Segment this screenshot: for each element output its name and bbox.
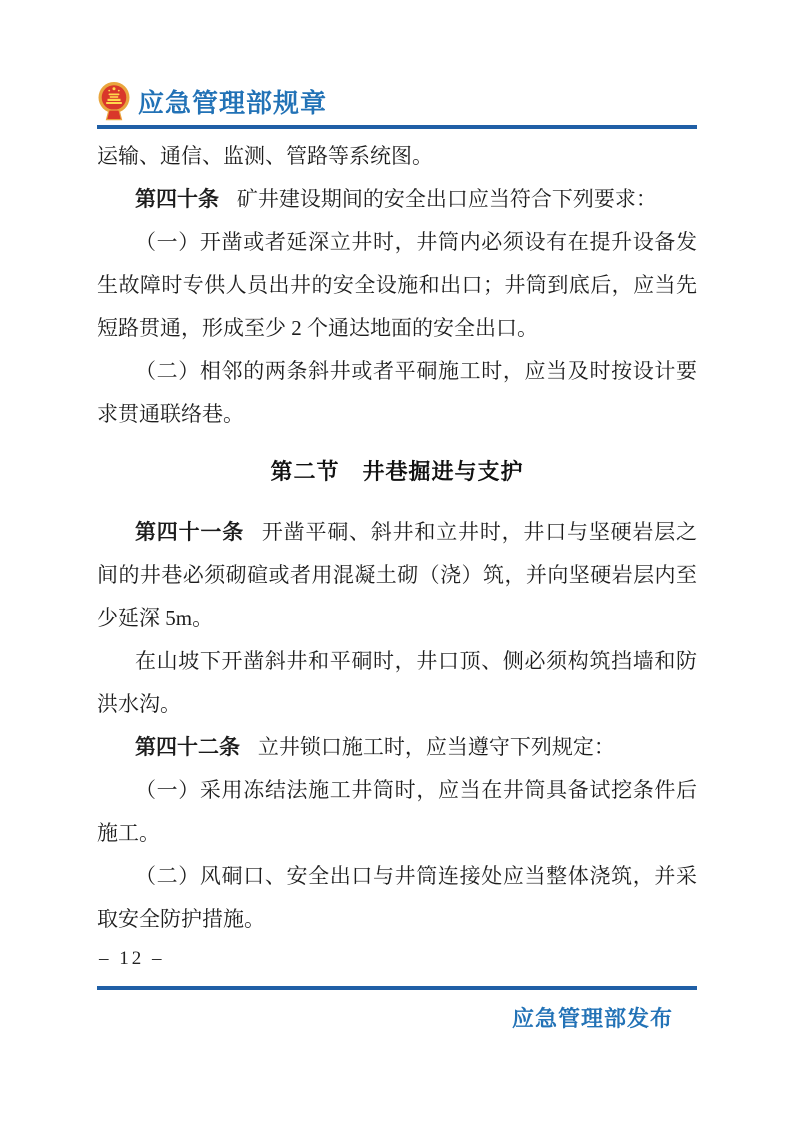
article-40-paragraph: 第四十条矿井建设期间的安全出口应当符合下列要求： bbox=[97, 178, 697, 221]
paragraph-continuation: 运输、通信、监测、管路等系统图。 bbox=[97, 135, 697, 178]
document-content: 运输、通信、监测、管路等系统图。 第四十条矿井建设期间的安全出口应当符合下列要求… bbox=[0, 129, 793, 941]
item-1-paragraph: （一）开凿或者延深立井时，井筒内必须设有在提升设备发生故障时专供人员出井的安全设… bbox=[97, 221, 697, 350]
header-title: 应急管理部规章 bbox=[138, 83, 327, 120]
document-page: 应急管理部规章 运输、通信、监测、管路等系统图。 第四十条矿井建设期间的安全出口… bbox=[0, 0, 793, 1122]
article-40-number: 第四十条 bbox=[135, 187, 219, 211]
article-41-number: 第四十一条 bbox=[135, 520, 244, 544]
footer-divider bbox=[97, 986, 697, 990]
item-2-paragraph-art42: （二）风硐口、安全出口与井筒连接处应当整体浇筑，并采取安全防护措施。 bbox=[97, 855, 697, 941]
header-brand: 应急管理部规章 bbox=[97, 81, 697, 121]
item-1-paragraph-art42: （一）采用冻结法施工井筒时，应当在井筒具备试挖条件后施工。 bbox=[97, 769, 697, 855]
publisher-label: 应急管理部发布 bbox=[512, 1002, 673, 1033]
page-number: – 12 – bbox=[99, 948, 165, 970]
section-heading: 第二节 井巷掘进与支护 bbox=[97, 450, 697, 493]
article-40-text: 矿井建设期间的安全出口应当符合下列要求： bbox=[237, 187, 657, 211]
national-emblem-icon bbox=[97, 81, 131, 121]
item-2-paragraph: （二）相邻的两条斜井或者平硐施工时，应当及时按设计要求贯通联络巷。 bbox=[97, 350, 697, 436]
article-42-paragraph: 第四十二条立井锁口施工时，应当遵守下列规定： bbox=[97, 726, 697, 769]
article-41-paragraph-2: 在山坡下开凿斜井和平硐时，井口顶、侧必须构筑挡墙和防洪水沟。 bbox=[97, 640, 697, 726]
page-header: 应急管理部规章 bbox=[0, 0, 793, 129]
article-41-paragraph: 第四十一条开凿平硐、斜井和立井时，井口与坚硬岩层之间的井巷必须砌碹或者用混凝土砌… bbox=[97, 511, 697, 640]
article-42-number: 第四十二条 bbox=[135, 735, 240, 759]
article-42-text: 立井锁口施工时，应当遵守下列规定： bbox=[258, 735, 615, 759]
